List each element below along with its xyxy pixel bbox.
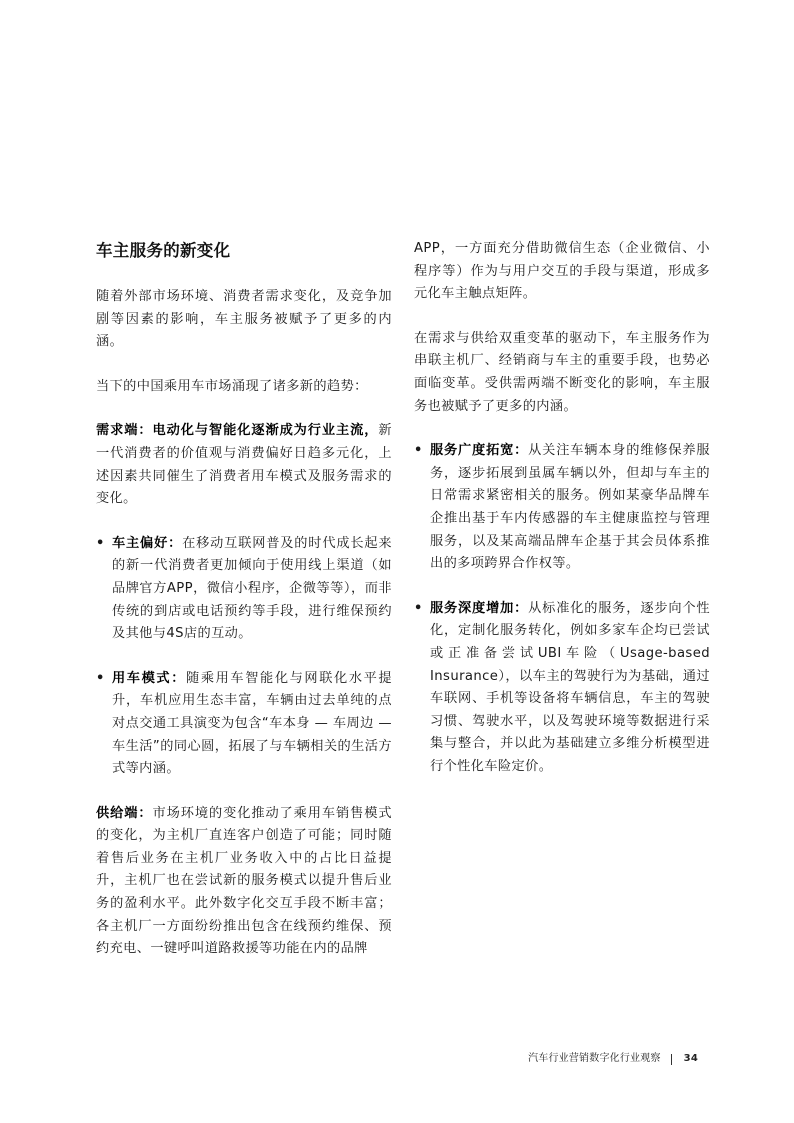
bullet-icon: •	[96, 533, 106, 556]
trend-intro-paragraph: 当下的中国乘用车市场涌现了诸多新的趋势：	[96, 376, 392, 399]
bullet-label: 服务深度增加：	[430, 601, 528, 616]
left-column: 车主服务的新变化 随着外部市场环境、消费者需求变化，及竞争加剧等因素的影响，车主…	[96, 238, 392, 961]
right-column: APP，一方面充分借助微信生态（企业微信、小程序等）作为与用户交互的手段与渠道，…	[414, 238, 710, 778]
supply-label: 供给端：	[96, 806, 152, 821]
section-heading: 车主服务的新变化	[96, 238, 392, 264]
bullet-text: 在移动互联网普及的时代成长起来的新一代消费者更加倾向于使用线上渠道（如品牌官方A…	[112, 536, 392, 641]
bullet-text: 从标准化的服务，逐步向个性化，定制化服务转化，例如多家车企均已尝试或正准备尝试U…	[430, 601, 710, 774]
bullet-icon: •	[414, 598, 424, 621]
demand-label: 需求端：电动化与智能化逐渐成为行业主流，	[96, 423, 378, 438]
bullet-label: 服务广度拓宽：	[430, 443, 528, 458]
demand-paragraph: 需求端：电动化与智能化逐渐成为行业主流，新一代消费者的价值观与消费偏好日趋多元化…	[96, 420, 392, 510]
bullet-item-owner-preference: • 车主偏好：在移动互联网普及的时代成长起来的新一代消费者更加倾向于使用线上渠道…	[96, 533, 392, 646]
bullet-item-service-depth: • 服务深度增加：从标准化的服务，逐步向个性化，定制化服务转化，例如多家车企均已…	[414, 598, 710, 779]
bullet-text: 随乘用车智能化与网联化水平提升，车机应用生态丰富，车辆由过去单纯的点对点交通工具…	[112, 671, 392, 776]
bullet-label: 用车模式：	[112, 671, 186, 686]
intro-paragraph: 随着外部市场环境、消费者需求变化，及竞争加剧等因素的影响，车主服务被赋予了更多的…	[96, 286, 392, 354]
footer-title: 汽车行业营销数字化行业观察	[528, 1052, 661, 1066]
page-number: 34	[684, 1052, 698, 1066]
footer-divider	[671, 1054, 672, 1065]
supply-text: 市场环境的变化推动了乘用车销售模式的变化，为主机厂直连客户创造了可能；同时随着售…	[96, 806, 392, 957]
bullet-item-service-breadth: • 服务广度拓宽：从关注车辆本身的维修保养服务，逐步拓展到虽属车辆以外，但却与车…	[414, 440, 710, 576]
continuation-paragraph: APP，一方面充分借助微信生态（企业微信、小程序等）作为与用户交互的手段与渠道，…	[414, 238, 710, 306]
bullet-label: 车主偏好：	[112, 536, 182, 551]
bullet-icon: •	[96, 668, 106, 691]
supply-paragraph: 供给端：市场环境的变化推动了乘用车销售模式的变化，为主机厂直连客户创造了可能；同…	[96, 803, 392, 961]
bullet-icon: •	[414, 440, 424, 463]
bullet-text: 从关注车辆本身的维修保养服务，逐步拓展到虽属车辆以外，但却与车主的日常需求紧密相…	[430, 443, 710, 571]
transition-paragraph: 在需求与供给双重变革的驱动下，车主服务作为串联主机厂、经销商与车主的重要手段，也…	[414, 328, 710, 418]
bullet-item-usage-mode: • 用车模式：随乘用车智能化与网联化水平提升，车机应用生态丰富，车辆由过去单纯的…	[96, 668, 392, 781]
page-footer: 汽车行业营销数字化行业观察 34	[528, 1052, 698, 1066]
